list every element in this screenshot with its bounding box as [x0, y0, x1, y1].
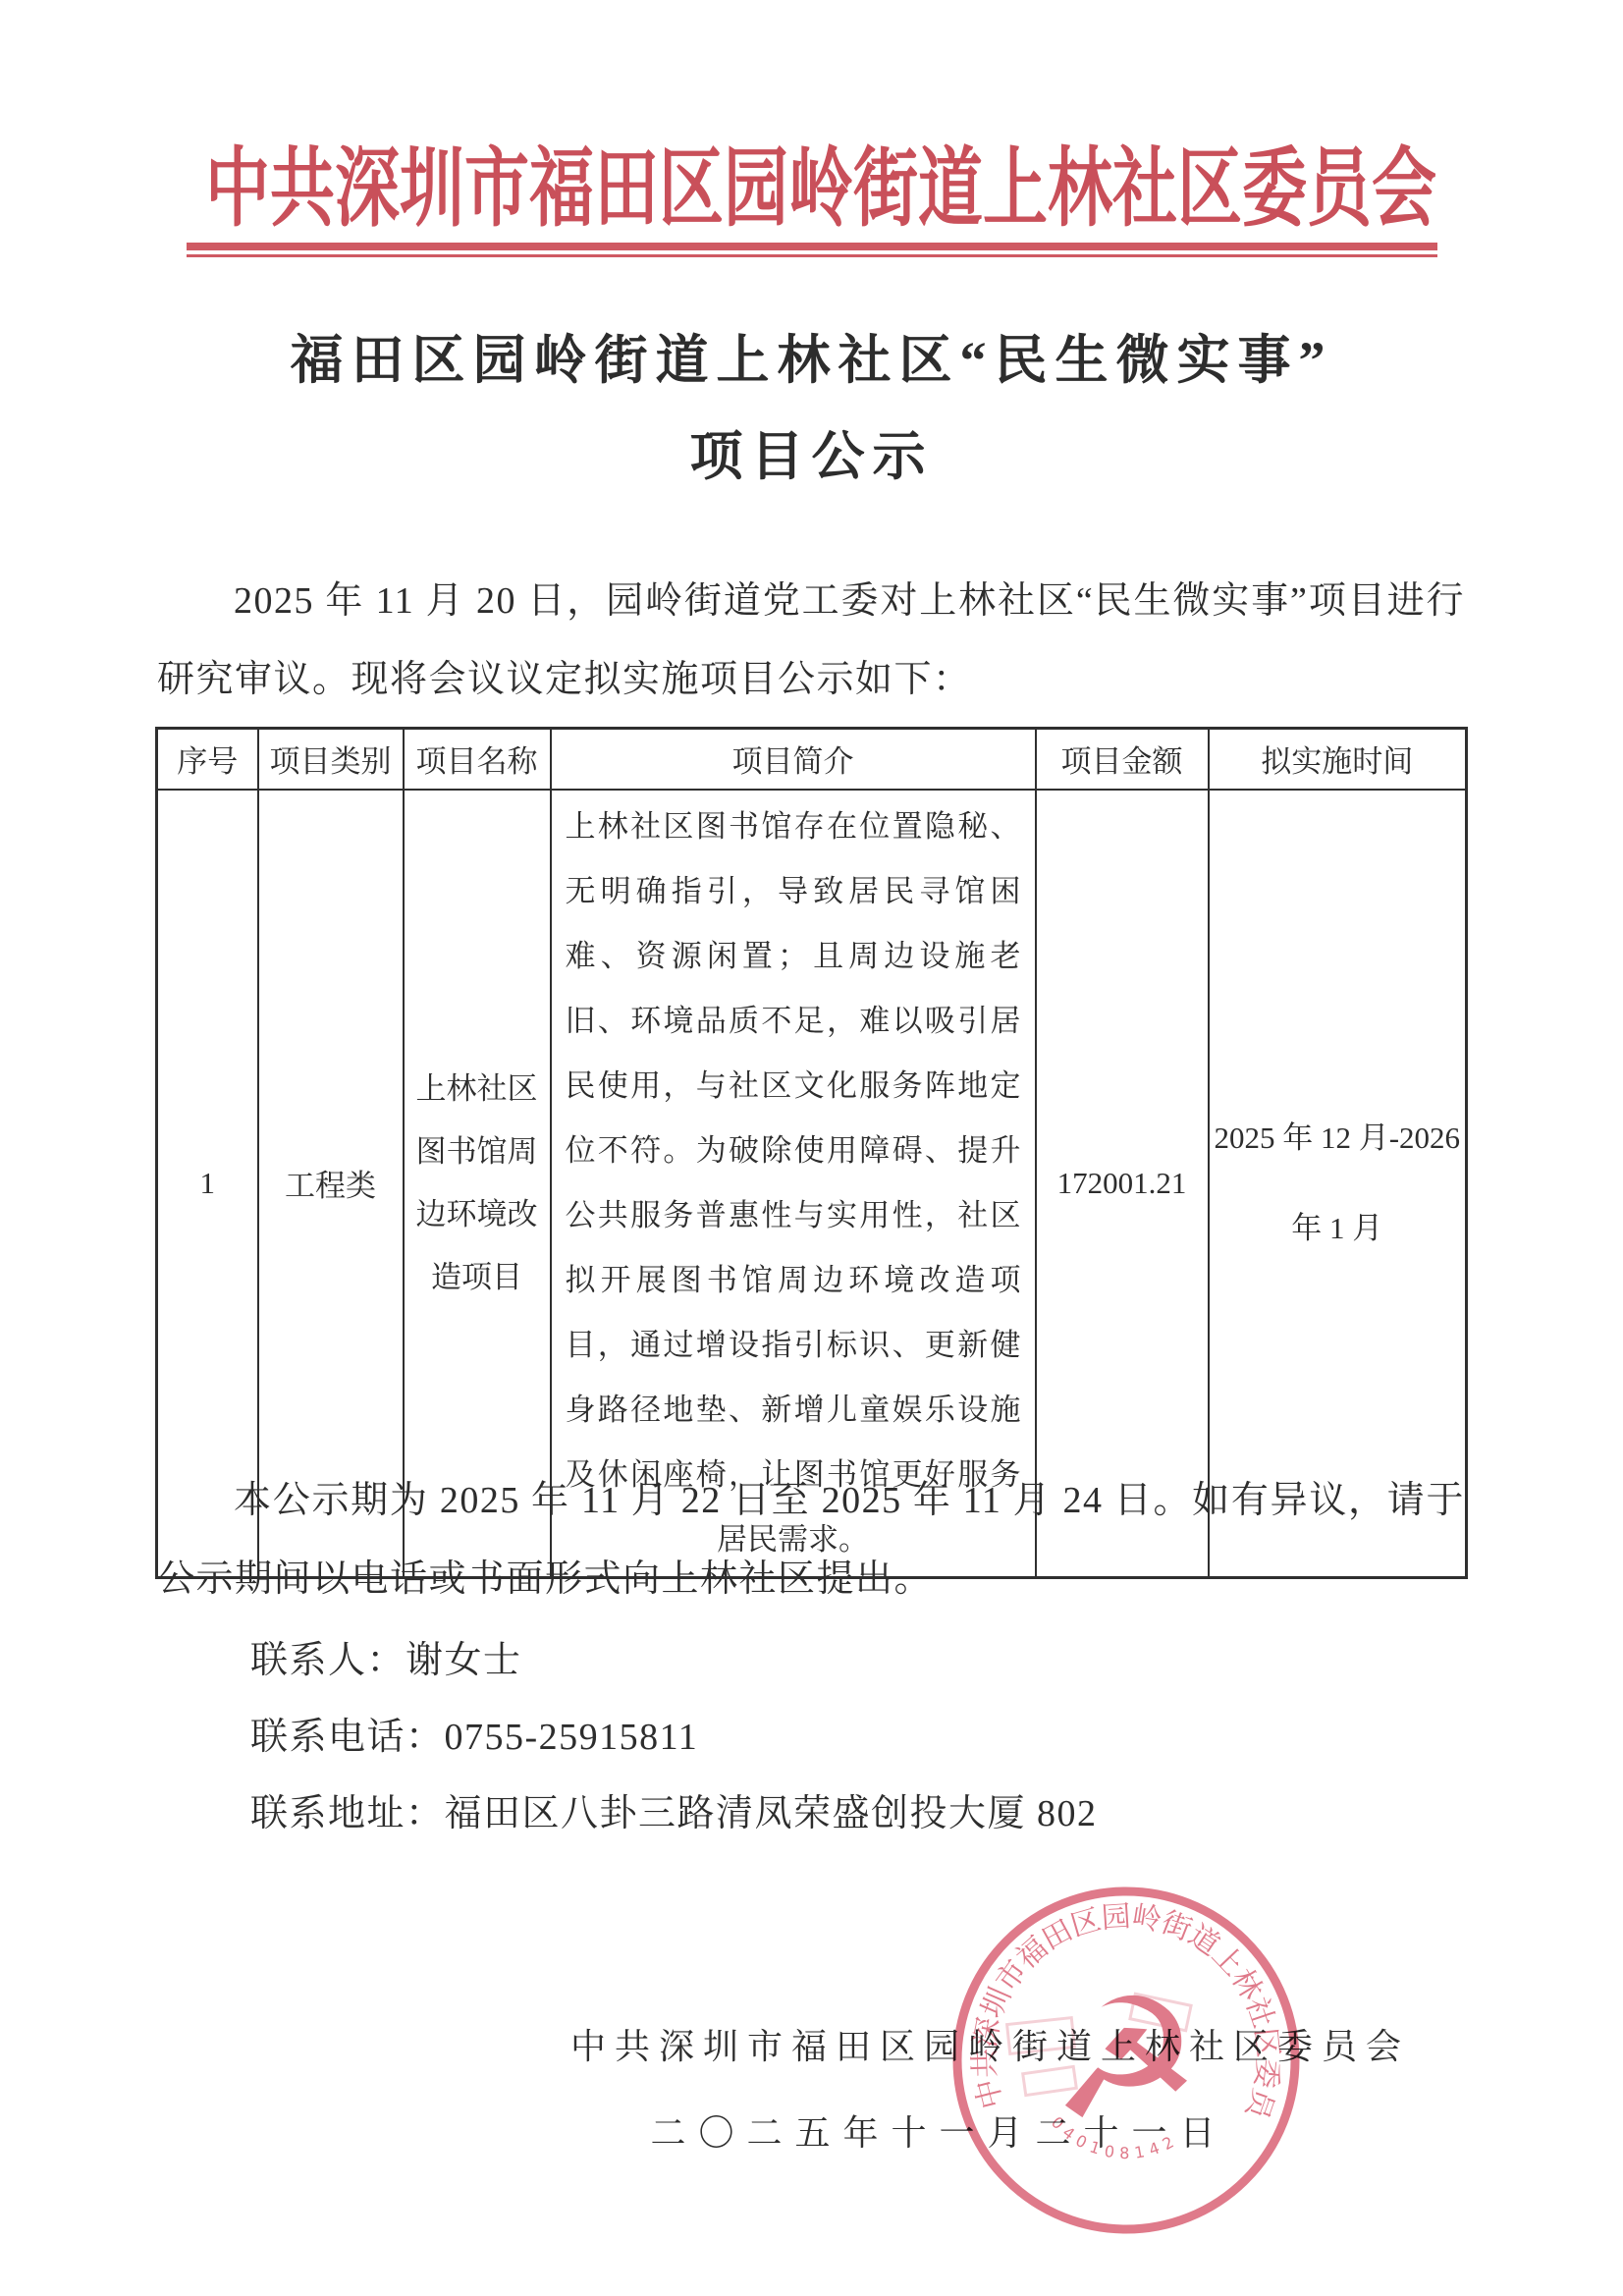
document-title-line2: 项目公示	[0, 409, 1623, 505]
project-time-line2: 年 1 月	[1214, 1183, 1462, 1274]
contact-address: 联系地址：福田区八卦三路清凤荣盛创投大厦 802	[250, 1776, 1098, 1852]
col-header-intro: 项目简介	[551, 729, 1036, 790]
table-row: 1 工程类 上林社区图书馆周边环境改造项目 上林社区图书馆存在位置隐秘、无明确指…	[157, 790, 1467, 1578]
project-seq: 1	[157, 790, 258, 1578]
signature-org: 中共深圳市福田区园岭街道上林社区委员会	[179, 2003, 1623, 2090]
letterhead: 中共深圳市福田区园岭街道上林社区委员会	[0, 145, 1623, 236]
projects-table: 序号 项目类别 项目名称 项目简介 项目金额 拟实施时间 1 工程类 上林社区图…	[155, 727, 1468, 1579]
document-title-line1: 福田区园岭街道上林社区“民生微实事”	[0, 312, 1623, 409]
project-time: 2025 年 12 月-2026 年 1 月	[1209, 790, 1467, 1578]
project-intro: 上林社区图书馆存在位置隐秘、无明确指引，导致居民寻馆困难、资源闲置；且周边设施老…	[551, 790, 1036, 1578]
official-seal: 中共深圳市福田区园岭街道上林社区委员会 ☭ 040108142	[940, 1874, 1313, 2247]
intro-paragraph: 2025 年 11 月 20 日，园岭街道党工委对上林社区“民生微实事”项目进行…	[157, 562, 1465, 719]
signature-date: 二〇二五年十一月二十一日	[128, 2090, 1623, 2176]
col-header-seq: 序号	[157, 729, 258, 790]
contact-person: 联系人：谢女士	[250, 1622, 1098, 1699]
letterhead-rule-thick	[187, 243, 1437, 250]
project-amount: 172001.21	[1036, 790, 1209, 1578]
letterhead-title: 中共深圳市福田区园岭街道上林社区委员会	[205, 145, 1436, 236]
contacts-block: 联系人：谢女士 联系电话：0755-25915811 联系地址：福田区八卦三路清…	[250, 1622, 1098, 1852]
signature-block: 中共深圳市福田区园岭街道上林社区委员会 二〇二五年十一月二十一日	[0, 2003, 1623, 2176]
col-header-amount: 项目金额	[1036, 729, 1209, 790]
letterhead-rule-thin	[187, 254, 1437, 257]
table-header-row: 序号 项目类别 项目名称 项目简介 项目金额 拟实施时间	[157, 729, 1467, 790]
document-page: 中共深圳市福田区园岭街道上林社区委员会 福田区园岭街道上林社区“民生微实事” 项…	[0, 0, 1623, 2296]
project-name: 上林社区图书馆周边环境改造项目	[404, 790, 551, 1578]
col-header-name: 项目名称	[404, 729, 551, 790]
contact-phone: 联系电话：0755-25915811	[250, 1699, 1098, 1776]
project-time-line1: 2025 年 12 月-2026	[1214, 1093, 1462, 1183]
col-header-time: 拟实施时间	[1209, 729, 1467, 790]
project-category: 工程类	[258, 790, 404, 1578]
document-title: 福田区园岭街道上林社区“民生微实事” 项目公示	[0, 312, 1623, 505]
notice-paragraph: 本公示期为 2025 年 11 月 22 日至 2025 年 11 月 24 日…	[157, 1461, 1465, 1618]
col-header-category: 项目类别	[258, 729, 404, 790]
